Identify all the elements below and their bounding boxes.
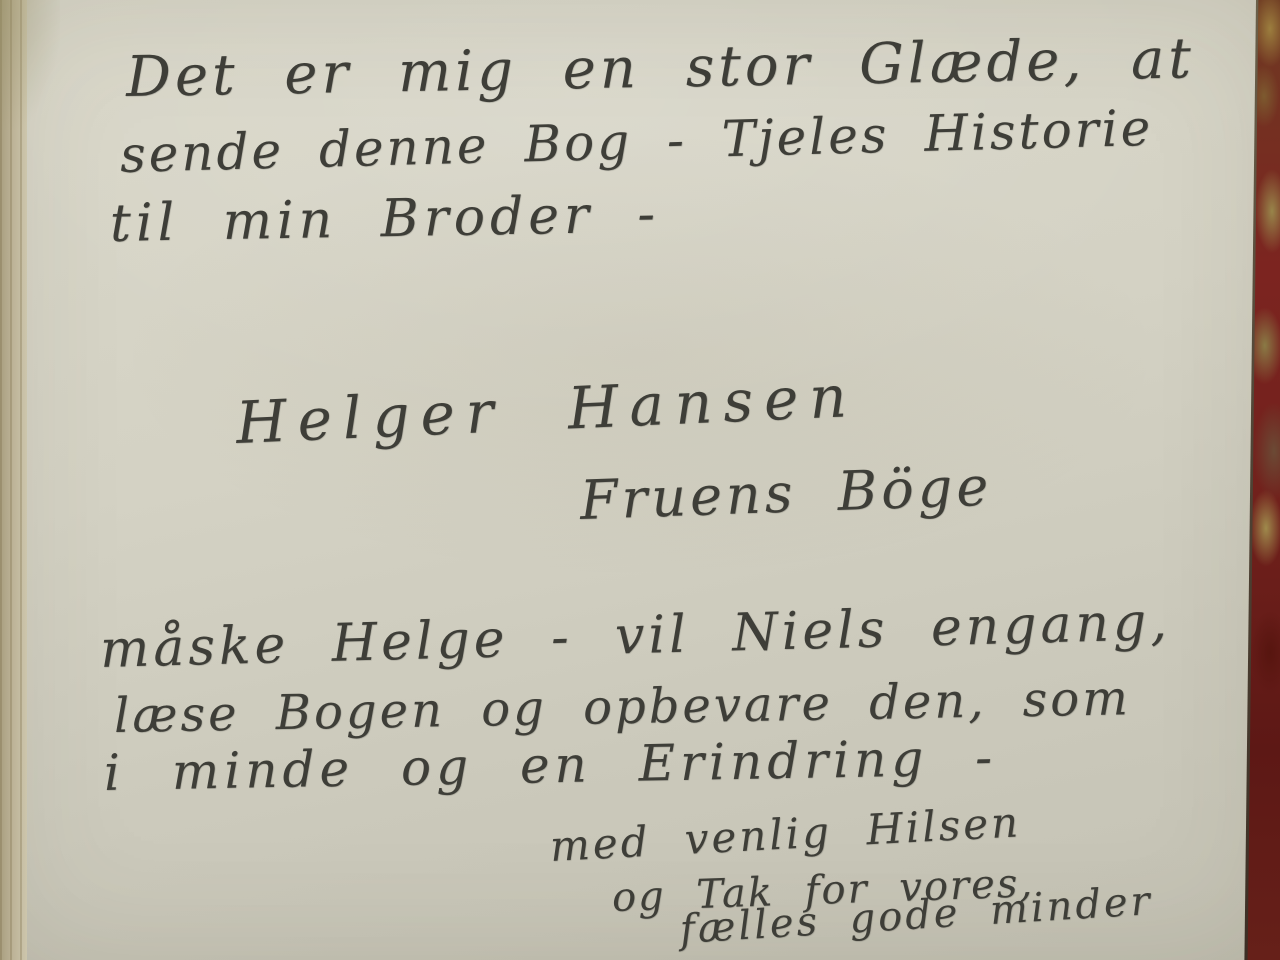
handwriting-line-dedication-2: sende denne Bog - Tjeles Historie: [119, 103, 1153, 180]
handwriting-line-request-3: i minde og en Erindring -: [104, 732, 998, 798]
handwriting-line-dedication-1: Det er mig en stor Glæde, at: [126, 31, 1196, 106]
handwriting-line-closing-1: med venlig Hilsen: [549, 801, 1022, 868]
handwriting-line-signature-place: Fruens Böge: [579, 460, 993, 528]
handwriting-line-request-1: måske Helge - vil Niels engang,: [99, 596, 1171, 676]
page-left-edge: [0, 0, 27, 960]
photo-of-handwritten-dedication: Det er mig en stor Glæde, at sende denne…: [0, 0, 1280, 960]
page-corner-shading: [0, 0, 60, 130]
book-page: Det er mig en stor Glæde, at sende denne…: [0, 0, 1280, 960]
handwriting-line-dedication-3: til min Broder -: [110, 188, 661, 250]
handwriting-line-signature-name: Helger Hansen: [235, 367, 859, 452]
